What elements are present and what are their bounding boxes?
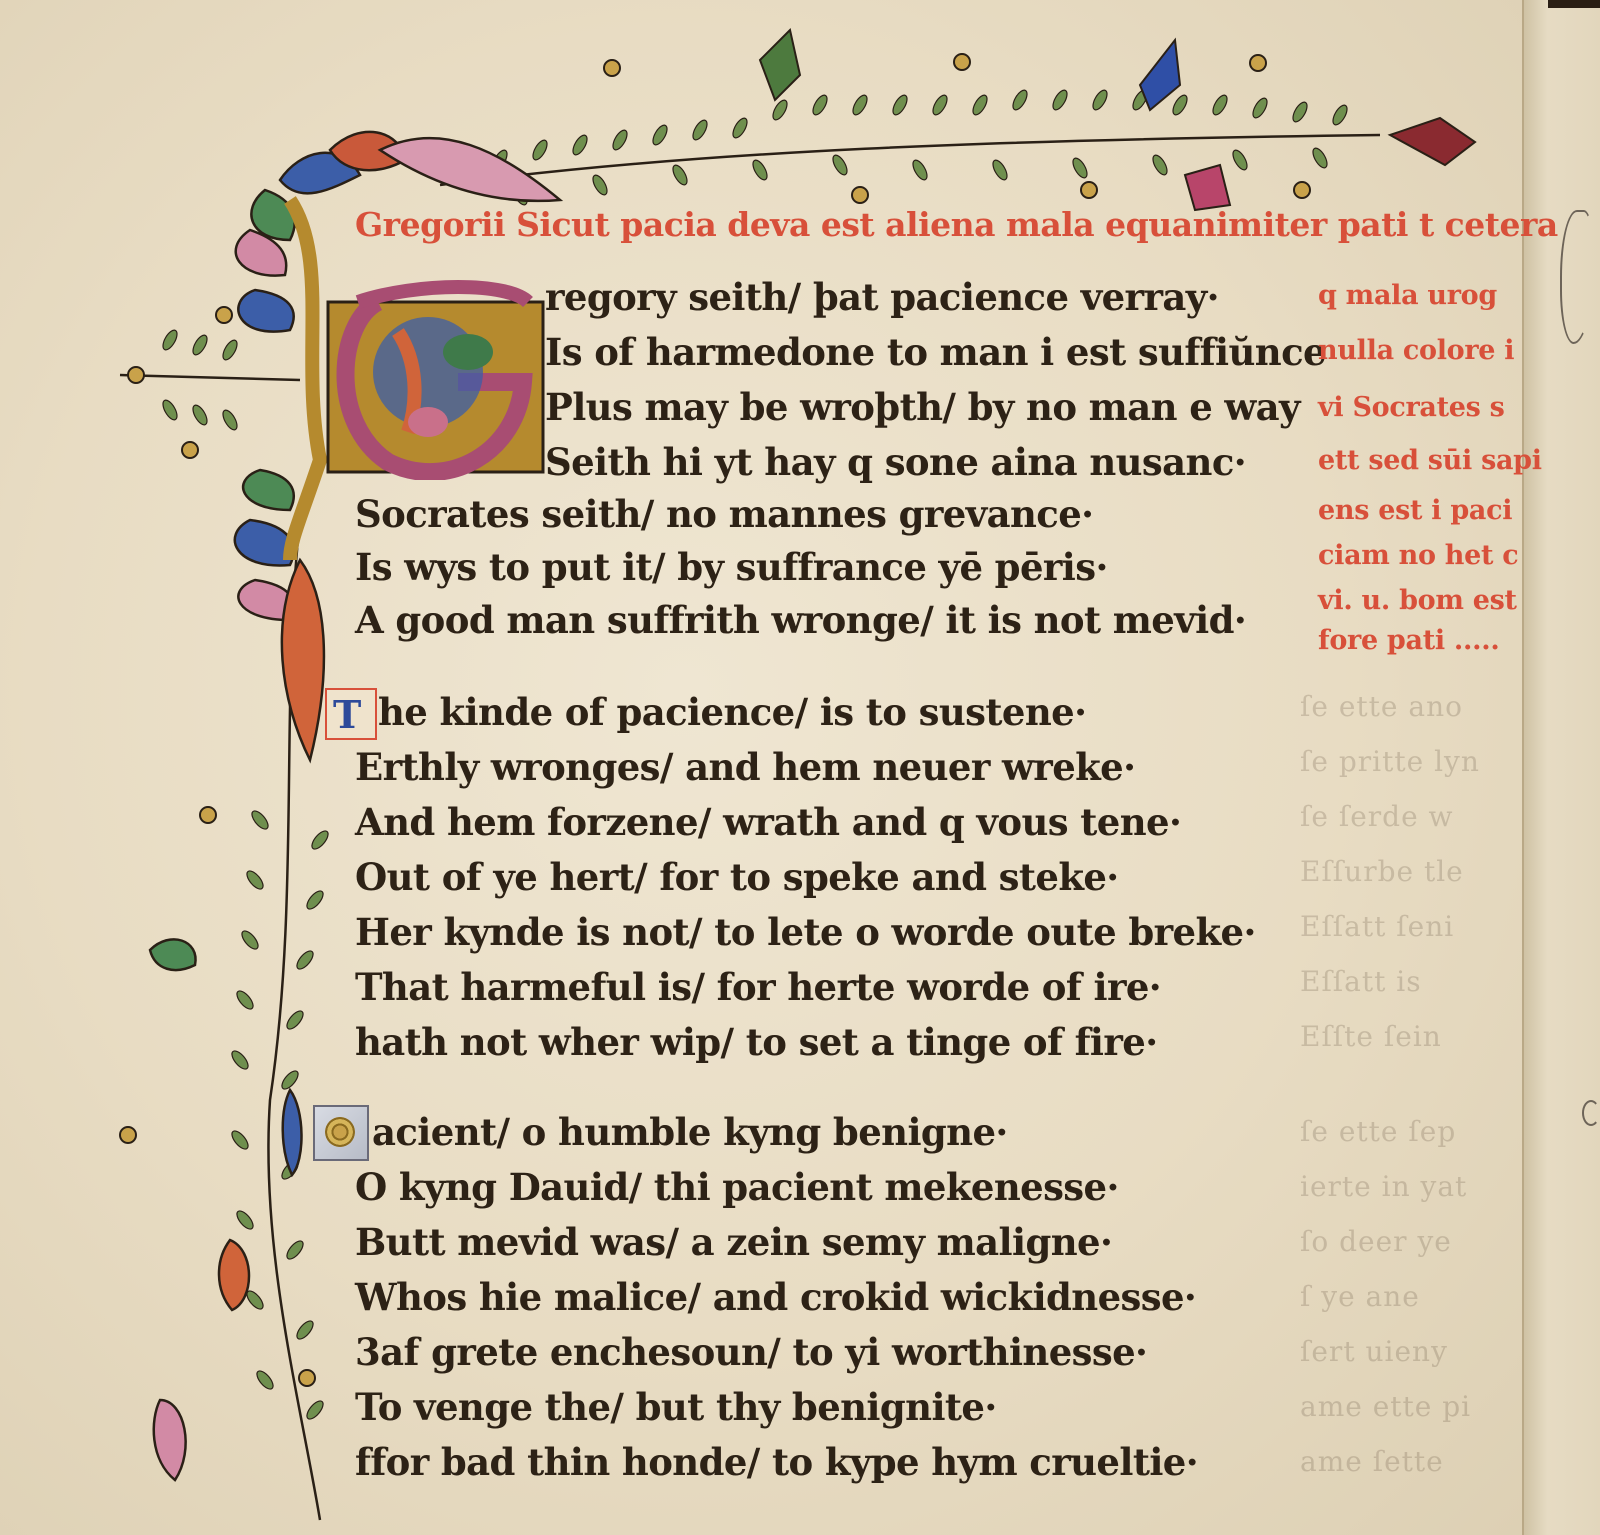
- verse-line: Out of ye hert/ for to speke and steke·: [355, 855, 1119, 899]
- marginal-gloss-line: q mala urog: [1318, 280, 1497, 311]
- verse-line: Is wys to put it/ by suffrance yē pēris·: [355, 545, 1108, 589]
- rubric-heading: Gregorii Sicut pacia deva est aliena mal…: [355, 205, 1558, 244]
- verse-line: Seith hi yt hay q sone aina nusanc·: [545, 440, 1246, 484]
- gold-spiral-icon: [325, 1117, 355, 1147]
- illuminated-initial-G: [318, 262, 550, 480]
- decorated-initial-P: [313, 1105, 369, 1161]
- verse-line: And hem forzene/ wrath and q vous tene·: [355, 800, 1181, 844]
- verse-line: Erthly wronges/ and hem neuer wreke·: [355, 745, 1135, 789]
- verse-line: Butt mevid was/ a zein semy maligne·: [355, 1220, 1112, 1264]
- verse-line: Is of harmedone to man i est suffiŭnce: [545, 330, 1326, 374]
- marginal-gloss-line: vi Socrates s: [1318, 392, 1505, 423]
- verse-line: A good man suffrith wronge/ it is not me…: [355, 598, 1246, 642]
- verse-line: 3af grete enchesoun/ to yi worthinesse·: [355, 1330, 1147, 1374]
- decorated-initial-T: T: [325, 688, 377, 740]
- marginal-gloss-line: fore pati .....: [1318, 625, 1499, 656]
- marginal-gloss-line: ens est i paci: [1318, 495, 1512, 526]
- marginal-gloss-line: ett sed sūi sapi: [1318, 445, 1542, 476]
- verse-line: ffor bad thin honde/ to kype hym cruelti…: [355, 1440, 1198, 1484]
- verse-line: That harmeful is/ for herte worde of ire…: [355, 965, 1161, 1009]
- verse-line: acient/ o humble kyng benigne·: [372, 1110, 1008, 1154]
- verse-line: regory seith/ þat pacience verray·: [545, 275, 1219, 319]
- verse-line: Socrates seith/ no mannes grevance·: [355, 492, 1093, 536]
- verse-line: Plus may be wroþth/ by no man e way: [545, 385, 1300, 429]
- marginal-gloss-line: ciam no het c: [1318, 540, 1518, 571]
- verse-line: To venge the/ but thy benignite·: [355, 1385, 997, 1429]
- verse-line: hath not wher wip/ to set a tinge of fir…: [355, 1020, 1158, 1064]
- marginal-gloss-line: vi. u. bom est: [1318, 585, 1517, 616]
- marginal-gloss-line: nulla colore i: [1318, 335, 1514, 366]
- verse-line: Whos hie malice/ and crokid wickidnesse·: [355, 1275, 1196, 1319]
- verse-line: Her kynde is not/ to lete o worde oute b…: [355, 910, 1256, 954]
- verse-line: O kyng Dauid/ thi pacient mekenesse·: [355, 1165, 1119, 1209]
- verse-line: he kinde of pacience/ is to sustene·: [378, 690, 1086, 734]
